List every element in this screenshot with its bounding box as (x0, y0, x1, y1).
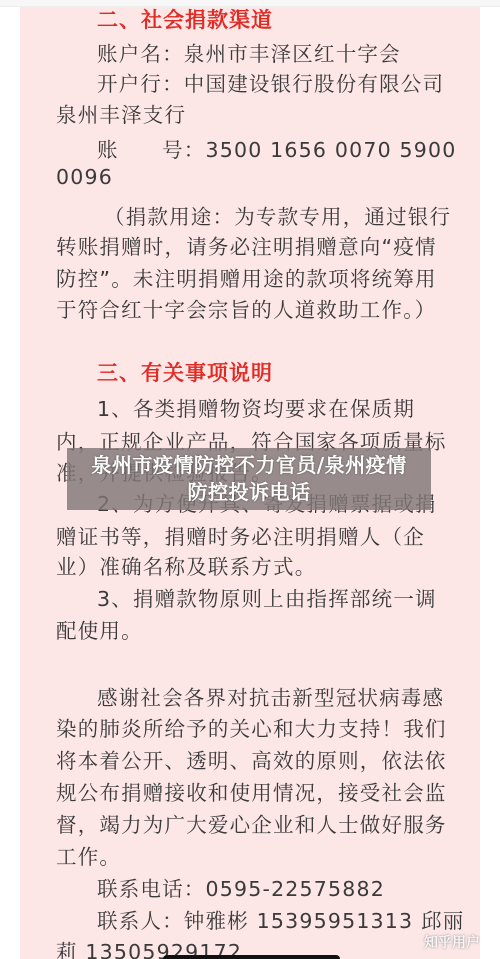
item-line: 1、各类捐赠物资均要求在保质期 (97, 392, 415, 422)
account-number-line-1: 账 号：3500 1656 0070 5900 (97, 133, 457, 163)
item-line: 业）准确名称及联系方式。 (56, 550, 316, 580)
overlay-title-line-1: 泉州市疫情防控不力官员/泉州疫情 (91, 452, 406, 479)
zhihu-watermark: 知乎用户 (424, 932, 480, 952)
home-indicator-bar (163, 955, 340, 959)
article-title-overlay: 泉州市疫情防控不力官员/泉州疫情 防控投诉电话 (67, 448, 431, 510)
note-line: 防控”。未注明捐赠用途的款项将统筹用 (56, 262, 437, 292)
account-name: 账户名：泉州市丰泽区红十字会 (97, 37, 401, 67)
overlay-title-line-2: 防控投诉电话 (188, 479, 311, 506)
item-line: 3、捐赠款物原则上由指挥部统一调 (97, 582, 437, 612)
section2-heading: 二、社会捐款渠道 (97, 4, 273, 34)
note-line: 于符合红十字会宗旨的人道救助工作。） (56, 293, 436, 323)
thanks-line: 规公布捐赠接收和使用情况，接受社会监 (56, 776, 447, 806)
item-line: 赠证书等，捐赠时务必注明捐赠人（企 (56, 520, 425, 550)
contact-person-line-1: 联系人：钟雅彬 15395951313 邱丽 (97, 904, 464, 934)
thanks-line: 将本着公开、透明、高效的原则，依法依 (56, 744, 447, 774)
thanks-line: 工作。 (56, 840, 121, 870)
account-number-line-2: 0096 (56, 165, 113, 189)
note-line: 转账捐赠时，请务必注明捐赠意向“疫情 (56, 230, 437, 260)
contact-phone: 联系电话：0595-22575882 (97, 872, 385, 902)
thanks-line: 感谢社会各界对抗击新型冠状病毒感 (97, 681, 444, 711)
item-line: 配使用。 (56, 614, 143, 644)
bank-line-1: 开户行：中国建设银行股份有限公司 (97, 67, 444, 97)
thanks-line: 督，竭力为广大爱心企业和人士做好服务 (56, 808, 447, 838)
thanks-line: 染的肺炎所给予的关心和大力支持！我们 (56, 712, 447, 742)
section3-heading: 三、有关事项说明 (97, 357, 273, 387)
bank-line-2: 泉州丰泽支行 (56, 98, 186, 128)
note-line: （捐款用途：为专款专用，通过银行 (104, 200, 451, 230)
